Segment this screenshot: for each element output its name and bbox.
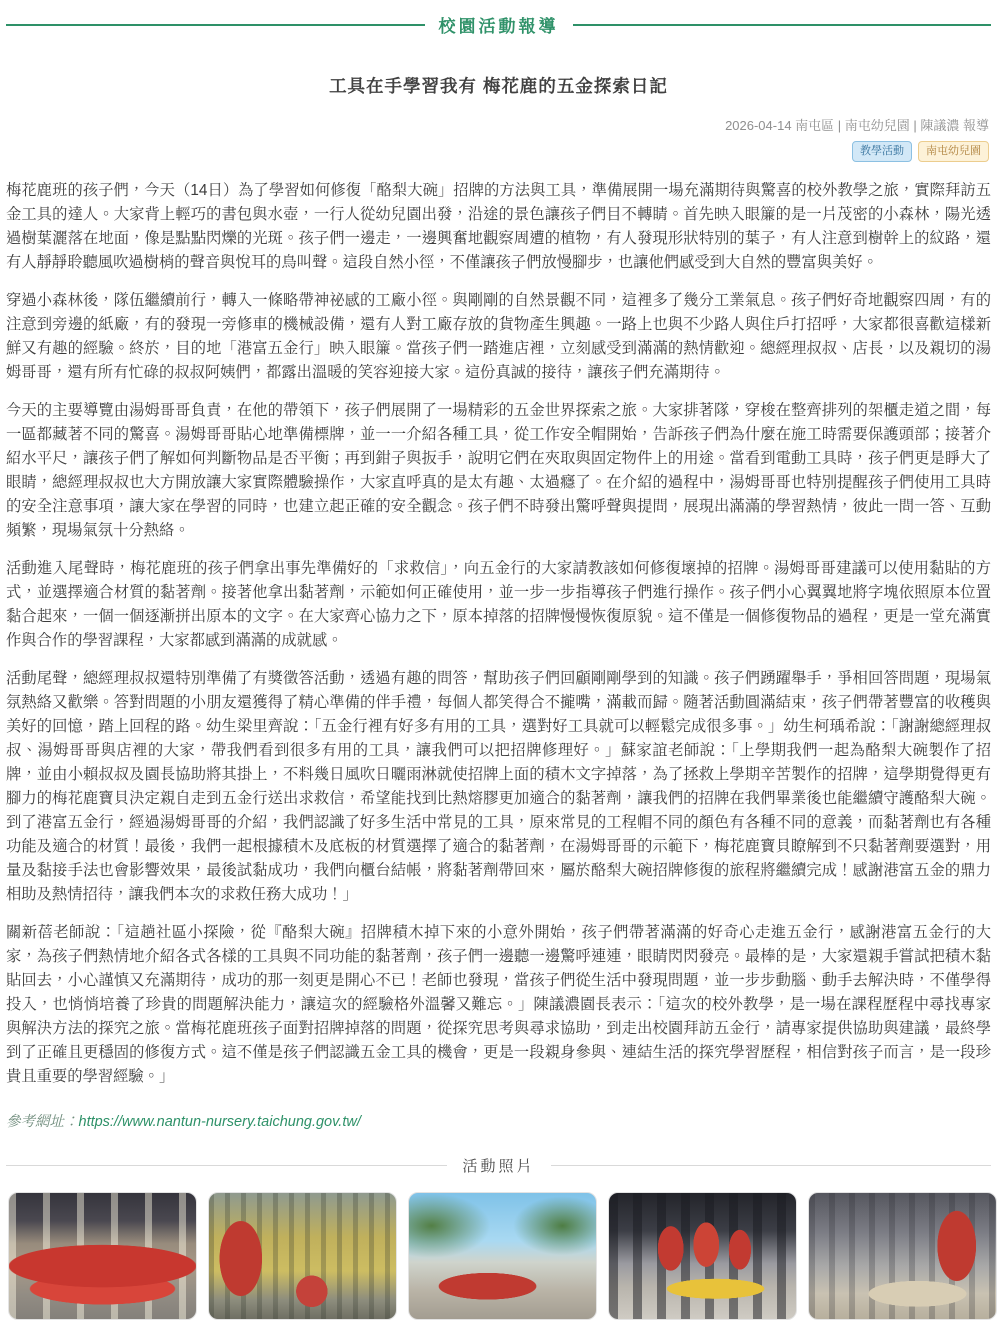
reference-label: 參考網址： <box>6 1114 79 1130</box>
tag-nantun-kindergarten[interactable]: 南屯幼兒園 <box>918 141 989 162</box>
activity-photo-1[interactable] <box>8 1192 197 1320</box>
activity-photo-3[interactable] <box>408 1192 597 1320</box>
article-main: 工具在手學習我有 梅花鹿的五金探索日記 2026-04-14 南屯區 | 南屯幼… <box>0 73 997 1131</box>
gallery-header: 活動照片 <box>0 1155 997 1176</box>
photo-gallery: 活動照片 <box>0 1155 997 1320</box>
report-header-title: 校園活動報導 <box>439 12 559 37</box>
photo-row <box>0 1192 997 1320</box>
header-rule-right <box>573 24 992 26</box>
paragraph-4: 活動進入尾聲時，梅花鹿班的孩子們拿出事先準備好的「求救信」，向五金行的大家請教該… <box>6 557 991 653</box>
article-title: 工具在手學習我有 梅花鹿的五金探索日記 <box>0 73 997 98</box>
paragraph-6: 關新蓓老師說：「這趟社區小探險，從『酪梨大碗』招牌積木掉下來的小意外開始，孩子們… <box>6 921 991 1089</box>
reference-link[interactable]: https://www.nantun-nursery.taichung.gov.… <box>79 1114 361 1130</box>
activity-photo-2[interactable] <box>208 1192 397 1320</box>
gallery-title: 活動照片 <box>463 1155 535 1176</box>
header-rule-left <box>6 24 425 26</box>
gallery-rule-right <box>551 1165 992 1166</box>
paragraph-1: 梅花鹿班的孩子們，今天（14日）為了學習如何修復「酪梨大碗」招牌的方法與工具，準… <box>6 179 991 275</box>
byline: 2026-04-14 南屯區 | 南屯幼兒園 | 陳議濃 報導 <box>8 115 989 134</box>
article-body: 梅花鹿班的孩子們，今天（14日）為了學習如何修復「酪梨大碗」招牌的方法與工具，準… <box>0 179 997 1089</box>
tag-teaching-activity[interactable]: 教學活動 <box>852 141 912 162</box>
report-header: 校園活動報導 <box>0 0 997 37</box>
reference-line: 參考網址：https://www.nantun-nursery.taichung… <box>0 1110 997 1131</box>
paragraph-2: 穿過小森林後，隊伍繼續前行，轉入一條略帶神祕感的工廠小徑。與剛剛的自然景觀不同，… <box>6 289 991 385</box>
gallery-rule-left <box>6 1165 447 1166</box>
paragraph-3: 今天的主要導覽由湯姆哥哥負責，在他的帶領下，孩子們展開了一場精彩的五金世界探索之… <box>6 399 991 543</box>
tag-row: 教學活動 南屯幼兒園 <box>8 141 989 162</box>
activity-photo-5[interactable] <box>808 1192 997 1320</box>
paragraph-5: 活動尾聲，總經理叔叔還特別準備了有獎徵答活動，透過有趣的問答，幫助孩子們回顧剛剛… <box>6 667 991 907</box>
page: 校園活動報導 工具在手學習我有 梅花鹿的五金探索日記 2026-04-14 南屯… <box>0 0 997 1320</box>
activity-photo-4[interactable] <box>608 1192 797 1320</box>
